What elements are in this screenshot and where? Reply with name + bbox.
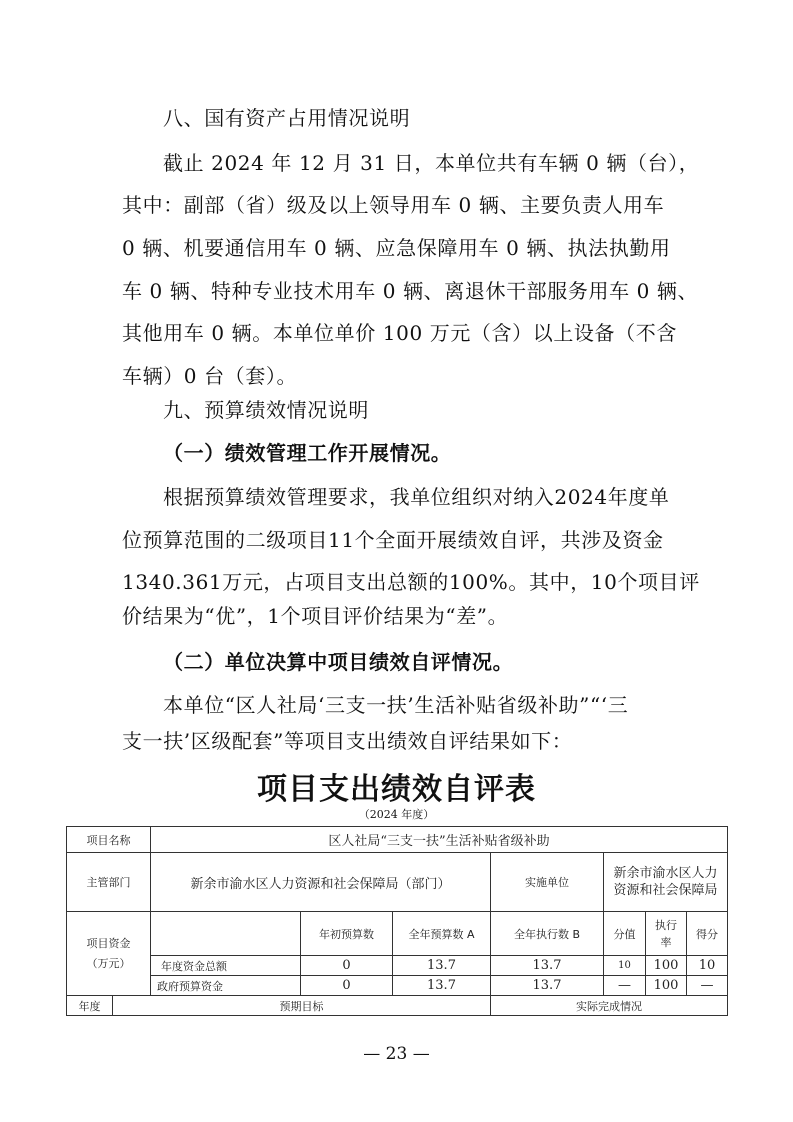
header-cell: 全年执行数 B [491, 912, 604, 956]
subsection-2-heading: （二）单位决算中项目绩效自评情况。 [163, 650, 513, 674]
paragraph-line: 车 0 辆、特种专业技术用车 0 辆、离退休干部服务用车 0 辆、 [122, 279, 698, 303]
paragraph-line: 0 辆、机要通信用车 0 辆、应急保障用车 0 辆、执法执勤用 [122, 236, 671, 260]
table-cell: — [604, 976, 646, 996]
header-blank [151, 912, 301, 956]
table-cell: 10 [687, 956, 728, 976]
header-cell: 执行率 [646, 912, 687, 956]
footer-year-label: 年度 [67, 996, 113, 1016]
impl-value: 新余市渝水区人力资源和社会保障局 [604, 853, 728, 912]
project-name-label: 项目名称 [67, 827, 151, 853]
paragraph-line: 其中：副部（省）级及以上领导用车 0 辆、主要负责人用车 [122, 193, 664, 217]
row-label: 年度资金总额 [151, 956, 301, 976]
paragraph-line: 1340.361万元，占项目支出总额的100%。其中，10个项目评 [122, 570, 700, 594]
section-9-heading: 九、预算绩效情况说明 [163, 398, 369, 422]
table-cell: 100 [646, 956, 687, 976]
performance-table: 项目名称 区人社局“三支一扶”生活补贴省级补助 主管部门 新余市渝水区人力资源和… [66, 826, 728, 1016]
funds-label: 项目资金（万元） [67, 912, 151, 996]
page-number: — 23 — [0, 1044, 793, 1064]
table-cell: 13.7 [393, 976, 491, 996]
dept-label: 主管部门 [67, 853, 151, 912]
table-cell: 0 [301, 956, 393, 976]
header-cell: 年初预算数 [301, 912, 393, 956]
subsection-1-heading: （一）绩效管理工作开展情况。 [163, 441, 451, 465]
table-title: 项目支出绩效自评表 [0, 764, 793, 808]
footer-actual-label: 实际完成情况 [491, 996, 728, 1016]
section-8-heading: 八、国有资产占用情况说明 [163, 106, 410, 130]
paragraph-line: 根据预算绩效管理要求，我单位组织对纳入2024年度单 [163, 485, 670, 509]
header-cell: 分值 [604, 912, 646, 956]
paragraph-line: 位预算范围的二级项目11个全面开展绩效自评，共涉及资金 [122, 528, 664, 552]
row-label: 政府预算资金 [151, 976, 301, 996]
project-name-value: 区人社局“三支一扶”生活补贴省级补助 [151, 827, 728, 853]
table-cell: 13.7 [393, 956, 491, 976]
table-cell: 0 [301, 976, 393, 996]
table-cell: 10 [604, 956, 646, 976]
table-cell: — [687, 976, 728, 996]
table-year-note: （2024 年度） [0, 806, 793, 822]
dept-value: 新余市渝水区人力资源和社会保障局（部门） [151, 853, 491, 912]
table-cell: 13.7 [491, 976, 604, 996]
header-cell: 全年预算数 A [393, 912, 491, 956]
paragraph-line: 车辆）0 台（套）。 [122, 364, 297, 388]
paragraph-line: 本单位“区人社局‘三支一扶’生活补贴省级补助”“‘三 [163, 693, 628, 717]
paragraph-line: 其他用车 0 辆。本单位单价 100 万元（含）以上设备（不含 [122, 321, 677, 345]
footer-expected-label: 预期目标 [113, 996, 491, 1016]
impl-label: 实施单位 [491, 853, 604, 912]
paragraph-line: 截止 2024 年 12 月 31 日，本单位共有车辆 0 辆（台）， [163, 151, 699, 175]
table-cell: 100 [646, 976, 687, 996]
table-cell: 13.7 [491, 956, 604, 976]
paragraph-line: 支一扶’区级配套”等项目支出绩效自评结果如下： [122, 729, 572, 753]
header-cell: 得分 [687, 912, 728, 956]
paragraph-line: 价结果为“优”，1个项目评价结果为“差”。 [122, 604, 508, 628]
